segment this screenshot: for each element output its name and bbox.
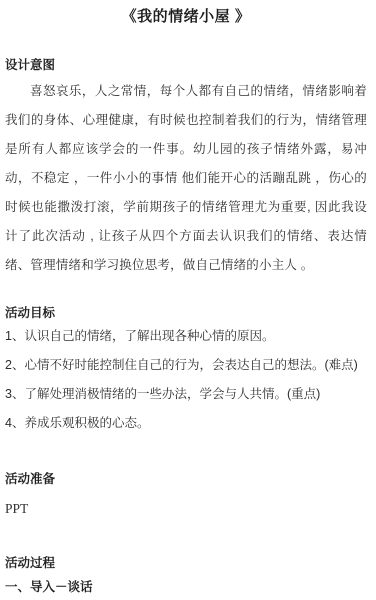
section-process: 活动过程 一、导入－谈话	[5, 555, 367, 596]
section-design-intent: 设计意图 喜怒哀乐，人之常情，每个人都有自己的情绪，情绪影响着我们的身体、心理健…	[5, 57, 367, 280]
process-heading: 活动过程	[5, 555, 367, 572]
section-preparation: 活动准备 PPT	[5, 471, 367, 523]
process-step-1: 一、导入－谈话	[5, 579, 367, 596]
document-title: 《我的情绪小屋 》	[5, 0, 367, 27]
goals-list: 1、认识自己的情绪，了解出现各种心情的原因。 2、心情不好时能控制住自己的行为，…	[5, 322, 367, 438]
preparation-content: PPT	[5, 494, 367, 523]
design-intent-heading: 设计意图	[5, 57, 367, 74]
document-page: 《我的情绪小屋 》 设计意图 喜怒哀乐，人之常情，每个人都有自己的情绪，情绪影响…	[0, 0, 376, 600]
goals-heading: 活动目标	[5, 305, 367, 322]
preparation-heading: 活动准备	[5, 471, 367, 488]
goal-item-4: 4、养成乐观积极的心态。	[5, 409, 367, 438]
section-goals: 活动目标 1、认识自己的情绪，了解出现各种心情的原因。 2、心情不好时能控制住自…	[5, 305, 367, 438]
goal-item-1: 1、认识自己的情绪，了解出现各种心情的原因。	[5, 322, 367, 351]
goal-item-2: 2、心情不好时能控制住自己的行为，会表达自己的想法。(难点)	[5, 351, 367, 380]
goal-item-3: 3、了解处理消极情绪的一些办法，学会与人共情。(重点)	[5, 380, 367, 409]
design-intent-paragraph: 喜怒哀乐，人之常情，每个人都有自己的情绪，情绪影响着我们的身体、心理健康，有时候…	[5, 77, 367, 280]
